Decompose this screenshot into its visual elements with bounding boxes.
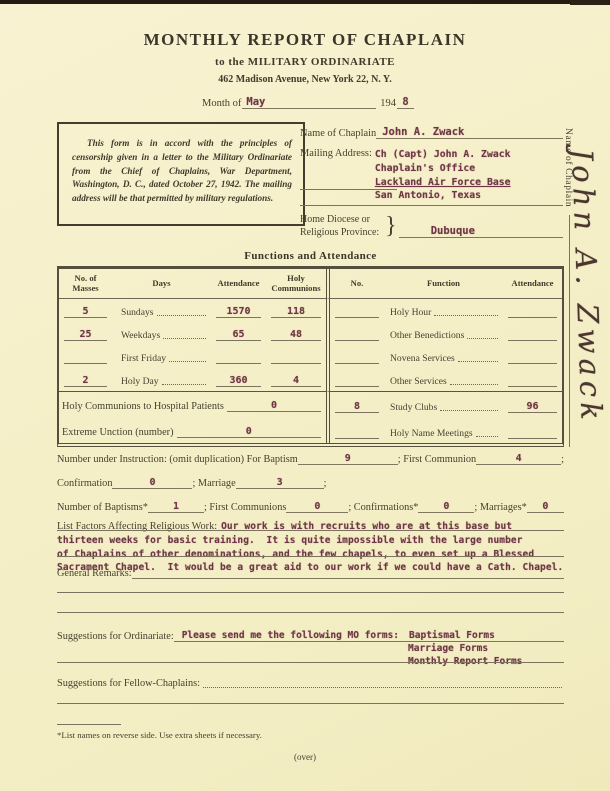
no-cell <box>326 368 384 391</box>
day-cell: Holy Day <box>112 368 211 391</box>
masses-value: 2 <box>82 375 88 386</box>
home-diocese-underline: Dubuque <box>399 216 563 238</box>
communions-cell: 4 <box>266 368 326 391</box>
leader-dots <box>476 436 498 437</box>
day-cell: First Friday <box>112 345 211 368</box>
form-rule <box>57 662 564 663</box>
form-subtitle: to the MILITARY ORDINARIATE <box>0 56 610 68</box>
general-remarks-label: General Remarks: <box>57 568 132 579</box>
chaplain-name-underline: John A. Zwack <box>376 124 563 139</box>
ordinariate-typed-intro: Please send me the following MO forms: <box>182 630 399 641</box>
form-rule <box>57 703 564 704</box>
attendance2-cell <box>503 345 562 368</box>
confirmation-marriage-line: Confirmation 0 ; Marriage 3 ; <box>57 475 387 489</box>
function-cell: Holy Name Meetings <box>384 417 503 443</box>
leader-dots <box>450 384 498 385</box>
fellow-chaplains-underline <box>203 687 562 688</box>
chaplain-name-field: Name of Chaplain John A. Zwack <box>300 124 563 139</box>
leader-dots <box>163 338 206 339</box>
function-label: Other Services <box>390 376 447 387</box>
attendance2-cell <box>503 322 562 345</box>
attendance-cell: 360 <box>211 368 266 391</box>
ordinariate-address: 462 Madison Avenue, New York 22, N. Y. <box>0 74 610 85</box>
baptisms-underline: 1 <box>148 499 204 513</box>
marriage-count: 3 <box>277 477 283 488</box>
function-label: Novena Services <box>390 353 455 364</box>
form-rule <box>57 592 564 593</box>
no-cell <box>326 322 384 345</box>
day-cell: Sundays <box>112 299 211 322</box>
hospital-communions-underline: 0 <box>227 399 321 412</box>
general-remarks-underline <box>132 566 564 579</box>
hospital-communions-label: Holy Communions to Hospital Patients <box>62 401 224 412</box>
function-label: Other Benedictions <box>390 330 464 341</box>
function-cell: Other Benedictions <box>384 322 503 345</box>
home-diocese-label-line1: Home Diocese or <box>300 214 370 225</box>
attendance2-cell <box>503 368 562 391</box>
day-cell: Weekdays <box>112 322 211 345</box>
first-communions-underline: 0 <box>286 499 348 513</box>
month-underline: May <box>242 94 376 109</box>
leader-dots <box>440 410 498 411</box>
requested-form: Marriage Forms <box>408 642 522 655</box>
masses-value: 5 <box>82 306 88 317</box>
col-header-days: Days <box>112 269 211 299</box>
communions-cell: 118 <box>266 299 326 322</box>
communions-cell: 48 <box>266 322 326 345</box>
communions-value: 118 <box>287 306 305 317</box>
function-cell: Holy Hour <box>384 299 503 322</box>
function-cell: Other Services <box>384 368 503 391</box>
day-label: Sundays <box>121 307 154 318</box>
mailing-address-label: Mailing Address: <box>300 148 372 159</box>
leader-dots <box>434 315 498 316</box>
year-underline: 8 <box>397 94 414 109</box>
hospital-communions-field: Holy Communions to Hospital Patients 0 <box>59 391 326 417</box>
leader-dots <box>169 361 206 362</box>
requested-forms-list: Marriage Forms Monthly Report Forms <box>408 642 522 668</box>
no-cell: 8 <box>326 391 384 417</box>
suggestions-ordinariate-label: Suggestions for Ordinariate: <box>57 631 174 642</box>
censorship-notice-box: This form is in accord with the principl… <box>57 122 305 226</box>
col-header-communions: Holy Communions <box>266 269 326 299</box>
factors-line: List Factors Affecting Religious Work: O… <box>57 518 567 534</box>
col-header-attendance: Attendance <box>211 269 266 299</box>
masses-cell <box>59 345 112 368</box>
suggestions-ordinariate-underline: Please send me the following MO forms: B… <box>174 628 564 642</box>
form-title: MONTHLY REPORT OF CHAPLAIN <box>0 30 610 50</box>
suggestions-fellow-chaplains-field: Suggestions for Fellow-Chaplains: <box>57 678 564 689</box>
col-header-function: Function <box>384 269 503 299</box>
marriage-label: ; Marriage <box>192 478 235 489</box>
confirmations-count: 0 <box>443 501 449 512</box>
function-label: Holy Name Meetings <box>390 428 473 439</box>
attendance2-cell: 96 <box>503 391 562 417</box>
extreme-unction-underline: 0 <box>177 425 321 438</box>
attendance-value: 65 <box>232 329 244 340</box>
suggestions-ordinariate-field: Suggestions for Ordinariate: Please send… <box>57 628 564 642</box>
first-communion-label: ; First Communion <box>398 454 476 465</box>
instruction-label: Number under Instruction: (omit duplicat… <box>57 454 298 465</box>
first-communion-underline: 4 <box>476 451 561 465</box>
confirmations-underline: 0 <box>418 499 474 513</box>
first-communions-count: 0 <box>314 501 320 512</box>
month-value: May <box>246 96 265 108</box>
baptisms-label: Number of Baptisms* <box>57 502 148 513</box>
function-label: Holy Hour <box>390 307 431 318</box>
censorship-notice-text: This form is in accord with the principl… <box>72 137 292 206</box>
general-remarks-field: General Remarks: <box>57 566 564 579</box>
mailing-line: San Antonio, Texas <box>375 189 511 203</box>
leader-dots <box>467 338 498 339</box>
col-header-no: No. <box>326 269 384 299</box>
function-cell: Novena Services <box>384 345 503 368</box>
first-communions-label: ; First Communions <box>204 502 286 513</box>
form-rule <box>57 556 564 557</box>
chaplain-name-label: Name of Chaplain <box>300 128 376 139</box>
scan-edge-strip <box>0 0 610 4</box>
no-value: 8 <box>354 401 360 412</box>
no-cell <box>326 299 384 322</box>
hospital-communions-value: 0 <box>271 400 277 411</box>
brace-glyph: } <box>385 213 397 240</box>
mailing-line: Ch (Capt) John A. Zwack <box>375 148 511 162</box>
attendance-cell <box>211 345 266 368</box>
scanned-chaplain-report-form: MONTHLY REPORT OF CHAPLAIN to the MILITA… <box>0 0 610 791</box>
mailing-rule-left <box>300 189 397 190</box>
day-label: First Friday <box>121 353 166 364</box>
marriages-count: 0 <box>542 501 548 512</box>
masses-cell: 5 <box>59 299 112 322</box>
leader-dots <box>162 384 206 385</box>
form-rule <box>57 612 564 613</box>
chaplain-name-value: John A. Zwack <box>382 126 464 138</box>
home-diocese-field: Home Diocese or Religious Province: } Du… <box>300 213 563 240</box>
marriages-underline: 0 <box>527 499 564 513</box>
attendance2-cell <box>503 299 562 322</box>
function-label: Study Clubs <box>390 402 437 413</box>
attendance2-cell <box>503 417 562 443</box>
functions-attendance-table: No. of Masses Days Attendance Holy Commu… <box>57 266 564 447</box>
semicolon: ; <box>561 454 564 465</box>
factors-typed-text: thirteen weeks for basic training. It is… <box>57 534 567 548</box>
day-label: Holy Day <box>121 376 159 387</box>
suggestions-fellow-chaplains-label: Suggestions for Fellow-Chaplains: <box>57 678 200 689</box>
sacrament-numbers-line: Number of Baptisms* 1 ; First Communions… <box>57 499 564 513</box>
communions-value: 48 <box>290 329 302 340</box>
mailing-line: Chaplain's Office <box>375 162 511 176</box>
col-header-attendance2: Attendance <box>503 269 562 299</box>
confirmation-count: 0 <box>149 477 155 488</box>
number-under-instruction-line: Number under Instruction: (omit duplicat… <box>57 451 564 465</box>
baptism-count: 9 <box>345 453 351 464</box>
function-cell: Study Clubs <box>384 391 503 417</box>
attendance-cell: 1570 <box>211 299 266 322</box>
attendance-cell: 65 <box>211 322 266 345</box>
year-typed-value: 8 <box>402 96 408 108</box>
marriages-label: ; Marriages* <box>474 502 526 513</box>
table-caption: Functions and Attendance <box>57 250 564 262</box>
masses-cell: 25 <box>59 322 112 345</box>
year-printed: 194 <box>380 98 397 109</box>
baptism-underline: 9 <box>298 451 398 465</box>
leader-dots <box>458 361 498 362</box>
mailing-address-field: Mailing Address: Ch (Capt) John A. Zwack… <box>300 148 563 203</box>
mailing-address-value: Ch (Capt) John A. Zwack Chaplain's Offic… <box>375 148 511 203</box>
masses-cell: 2 <box>59 368 112 391</box>
col-header-masses: No. of Masses <box>59 269 112 299</box>
marriage-underline: 3 <box>236 475 324 489</box>
factors-typed-text: of Chaplains of other denominations, and… <box>57 548 567 562</box>
first-communion-count: 4 <box>516 453 522 464</box>
form-rule <box>57 530 564 531</box>
requested-form: Baptismal Forms <box>409 630 495 641</box>
leader-dots <box>157 315 206 316</box>
month-field: Month of May 194 8 <box>202 94 414 109</box>
attendance-value: 360 <box>229 375 247 386</box>
home-diocese-label-line2: Religious Province: <box>300 227 379 238</box>
over-indicator: (over) <box>0 752 610 762</box>
baptisms-count: 1 <box>173 501 179 512</box>
mailing-line: Lackland Air Force Base <box>375 176 511 190</box>
no-cell <box>326 417 384 443</box>
month-label: Month of <box>202 98 242 109</box>
home-diocese-label: Home Diocese or Religious Province: <box>300 214 379 239</box>
confirmation-underline: 0 <box>112 475 192 489</box>
extreme-unction-value: 0 <box>246 426 252 437</box>
day-label: Weekdays <box>121 330 160 341</box>
confirmations-label: ; Confirmations* <box>348 502 418 513</box>
chaplain-signature: John A. Zwack <box>565 148 609 425</box>
semicolon: ; <box>324 478 327 489</box>
no-cell <box>326 345 384 368</box>
communions-cell <box>266 345 326 368</box>
extreme-unction-label: Extreme Unction (number) <box>62 427 174 438</box>
attendance2-value: 96 <box>526 401 538 412</box>
extreme-unction-field: Extreme Unction (number) 0 <box>59 417 326 443</box>
masses-value: 25 <box>79 329 91 340</box>
footnote-text: *List names on reverse side. Use extra s… <box>57 730 262 740</box>
confirmation-label: Confirmation <box>57 478 112 489</box>
footnote-separator <box>57 724 121 725</box>
mailing-rule-bottom <box>300 205 563 206</box>
home-diocese-value: Dubuque <box>431 225 475 237</box>
communions-value: 4 <box>293 375 299 386</box>
attendance-value: 1570 <box>226 306 250 317</box>
